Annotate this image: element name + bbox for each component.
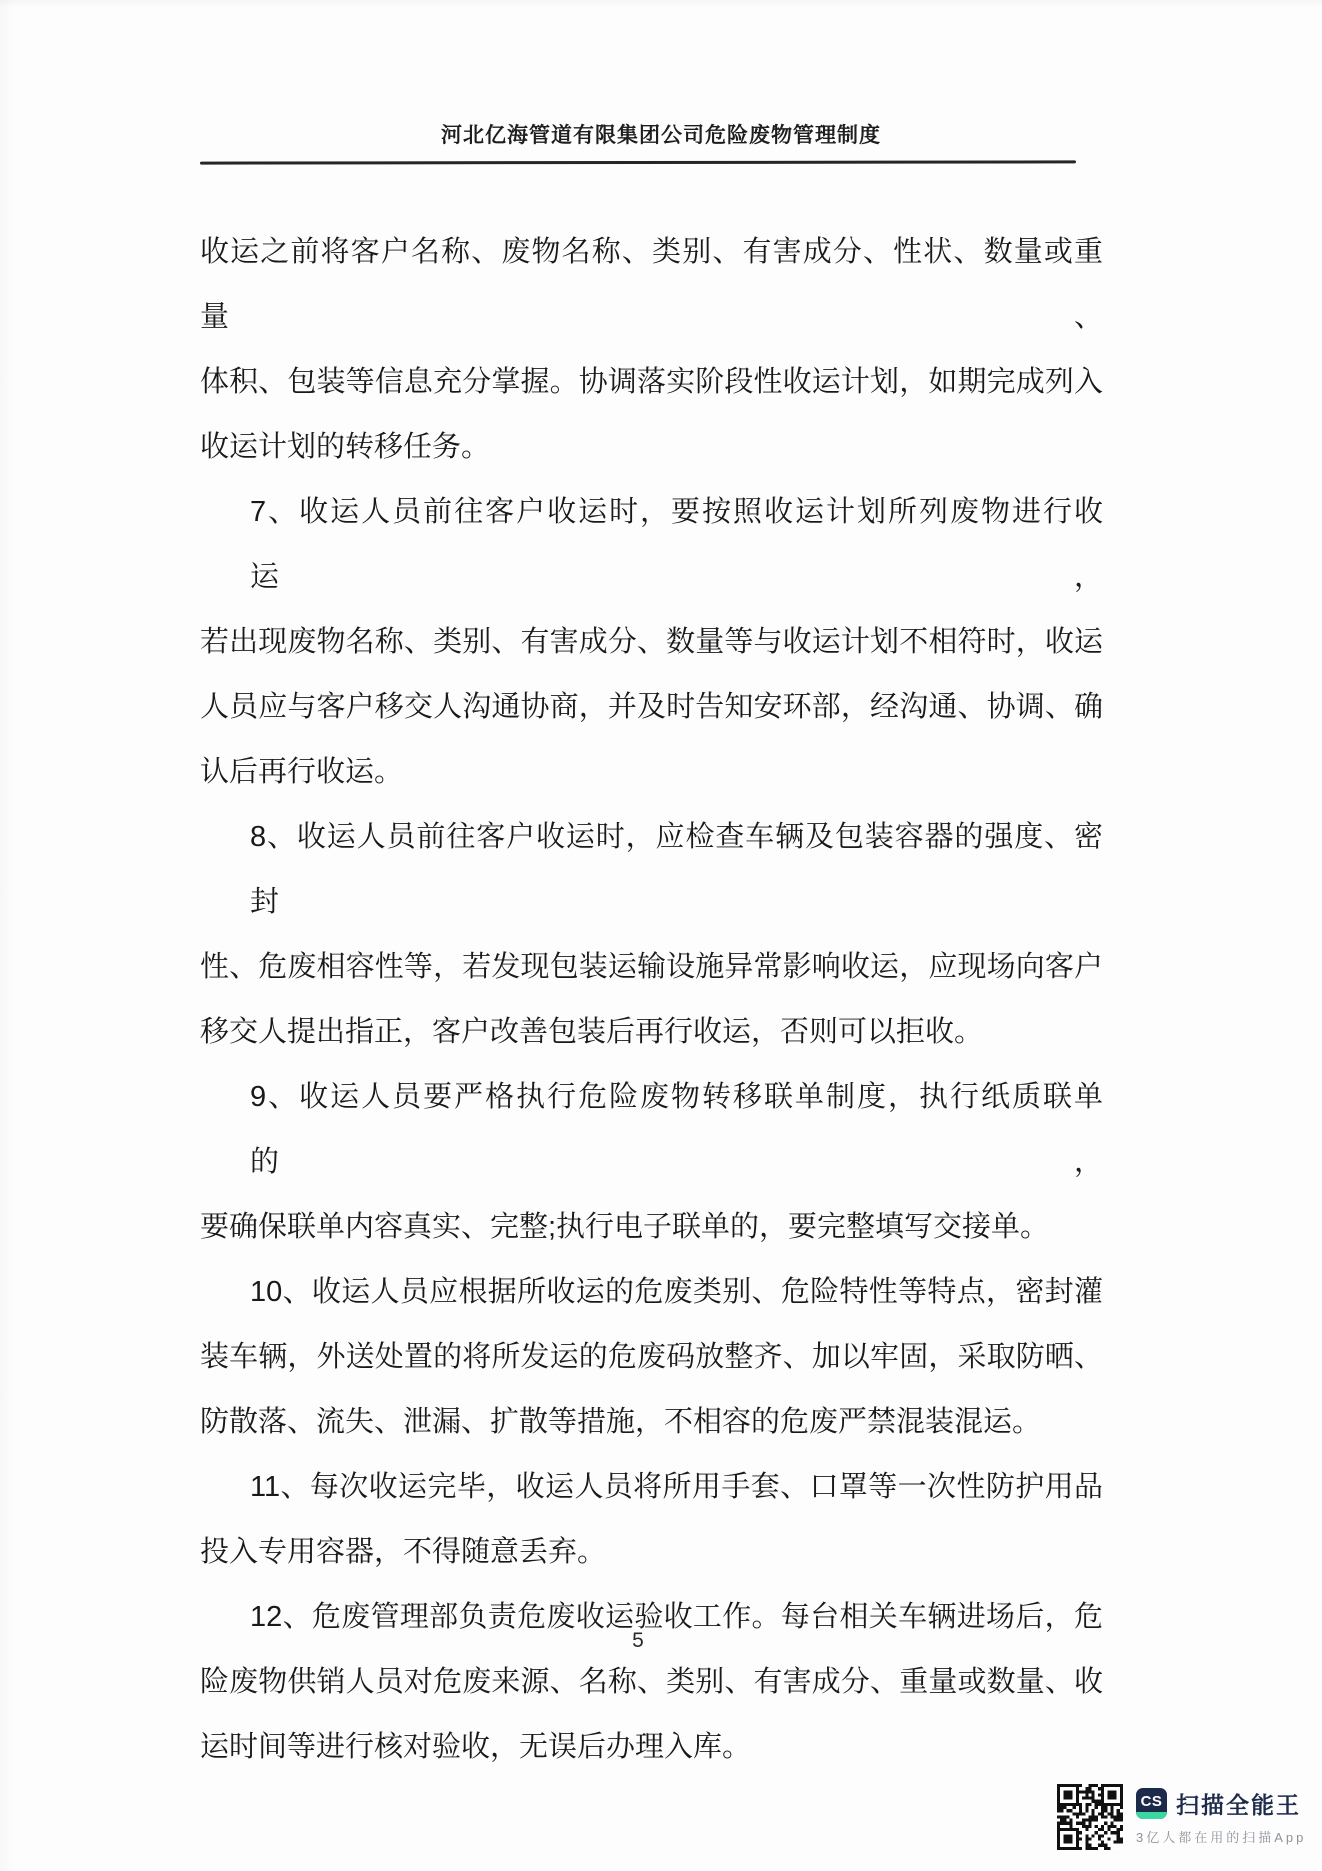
text-line: 11、每次收运完毕，收运人员将所用手套、口罩等一次性防护用品 <box>200 1455 1103 1520</box>
camscanner-brand: CS 扫描全能王 3亿人都在用的扫描App <box>1136 1784 1306 1846</box>
text-line: 8、收运人员前往客户收运时，应检查车辆及包装容器的强度、密封 <box>200 805 1103 935</box>
document-header-title: 河北亿海管道有限集团公司危险废物管理制度 <box>0 121 1322 151</box>
header-rule <box>200 160 1076 164</box>
text-line: 要确保联单内容真实、完整;执行电子联单的，要完整填写交接单。 <box>200 1195 1103 1260</box>
logo-teal-strip <box>1136 1812 1167 1819</box>
text-line: 收运之前将客户名称、废物名称、类别、有害成分、性状、数量或重量、 <box>200 220 1103 350</box>
camscanner-logo-icon: CS <box>1136 1788 1167 1819</box>
text-line: 10、收运人员应根据所收运的危废类别、危险特性等特点，密封灌 <box>200 1260 1103 1325</box>
text-line: 投入专用容器，不得随意丢弃。 <box>200 1520 1103 1585</box>
qr-code-icon <box>1057 1784 1123 1850</box>
text-line: 7、收运人员前往客户收运时，要按照收运计划所列废物进行收运， <box>200 480 1103 610</box>
text-line: 认后再行收运。 <box>200 740 1103 805</box>
camscanner-tagline: 3亿人都在用的扫描App <box>1136 1827 1306 1846</box>
camscanner-app-name: 扫描全能王 <box>1176 1787 1301 1820</box>
text-line: 性、危废相容性等，若发现包装运输设施异常影响收运，应现场向客户 <box>200 935 1103 1000</box>
text-line: 人员应与客户移交人沟通协商，并及时告知安环部，经沟通、协调、确 <box>200 675 1103 740</box>
text-line: 防散落、流失、泄漏、扩散等措施，不相容的危废严禁混装混运。 <box>200 1390 1103 1455</box>
text-line: 收运计划的转移任务。 <box>200 415 1103 480</box>
page-number: 5 <box>200 1628 1076 1654</box>
scanned-document-page: 河北亿海管道有限集团公司危险废物管理制度 收运之前将客户名称、废物名称、类别、有… <box>0 0 1322 1871</box>
camscanner-watermark: CS 扫描全能王 3亿人都在用的扫描App <box>1057 1784 1306 1850</box>
text-line: 若出现废物名称、类别、有害成分、数量等与收运计划不相符时，收运 <box>200 610 1103 675</box>
text-line: 移交人提出指正，客户改善包装后再行收运，否则可以拒收。 <box>200 1000 1103 1065</box>
document-body: 收运之前将客户名称、废物名称、类别、有害成分、性状、数量或重量、体积、包装等信息… <box>200 220 1103 1780</box>
text-line: 险废物供销人员对危废来源、名称、类别、有害成分、重量或数量、收 <box>200 1650 1103 1715</box>
text-line: 运时间等进行核对验收，无误后办理入库。 <box>200 1715 1103 1780</box>
logo-cs-text: CS <box>1136 1789 1167 1813</box>
text-line: 体积、包装等信息充分掌握。协调落实阶段性收运计划，如期完成列入 <box>200 350 1103 415</box>
text-line: 9、收运人员要严格执行危险废物转移联单制度，执行纸质联单的， <box>200 1065 1103 1195</box>
text-line: 装车辆，外送处置的将所发运的危废码放整齐、加以牢固，采取防晒、 <box>200 1325 1103 1390</box>
